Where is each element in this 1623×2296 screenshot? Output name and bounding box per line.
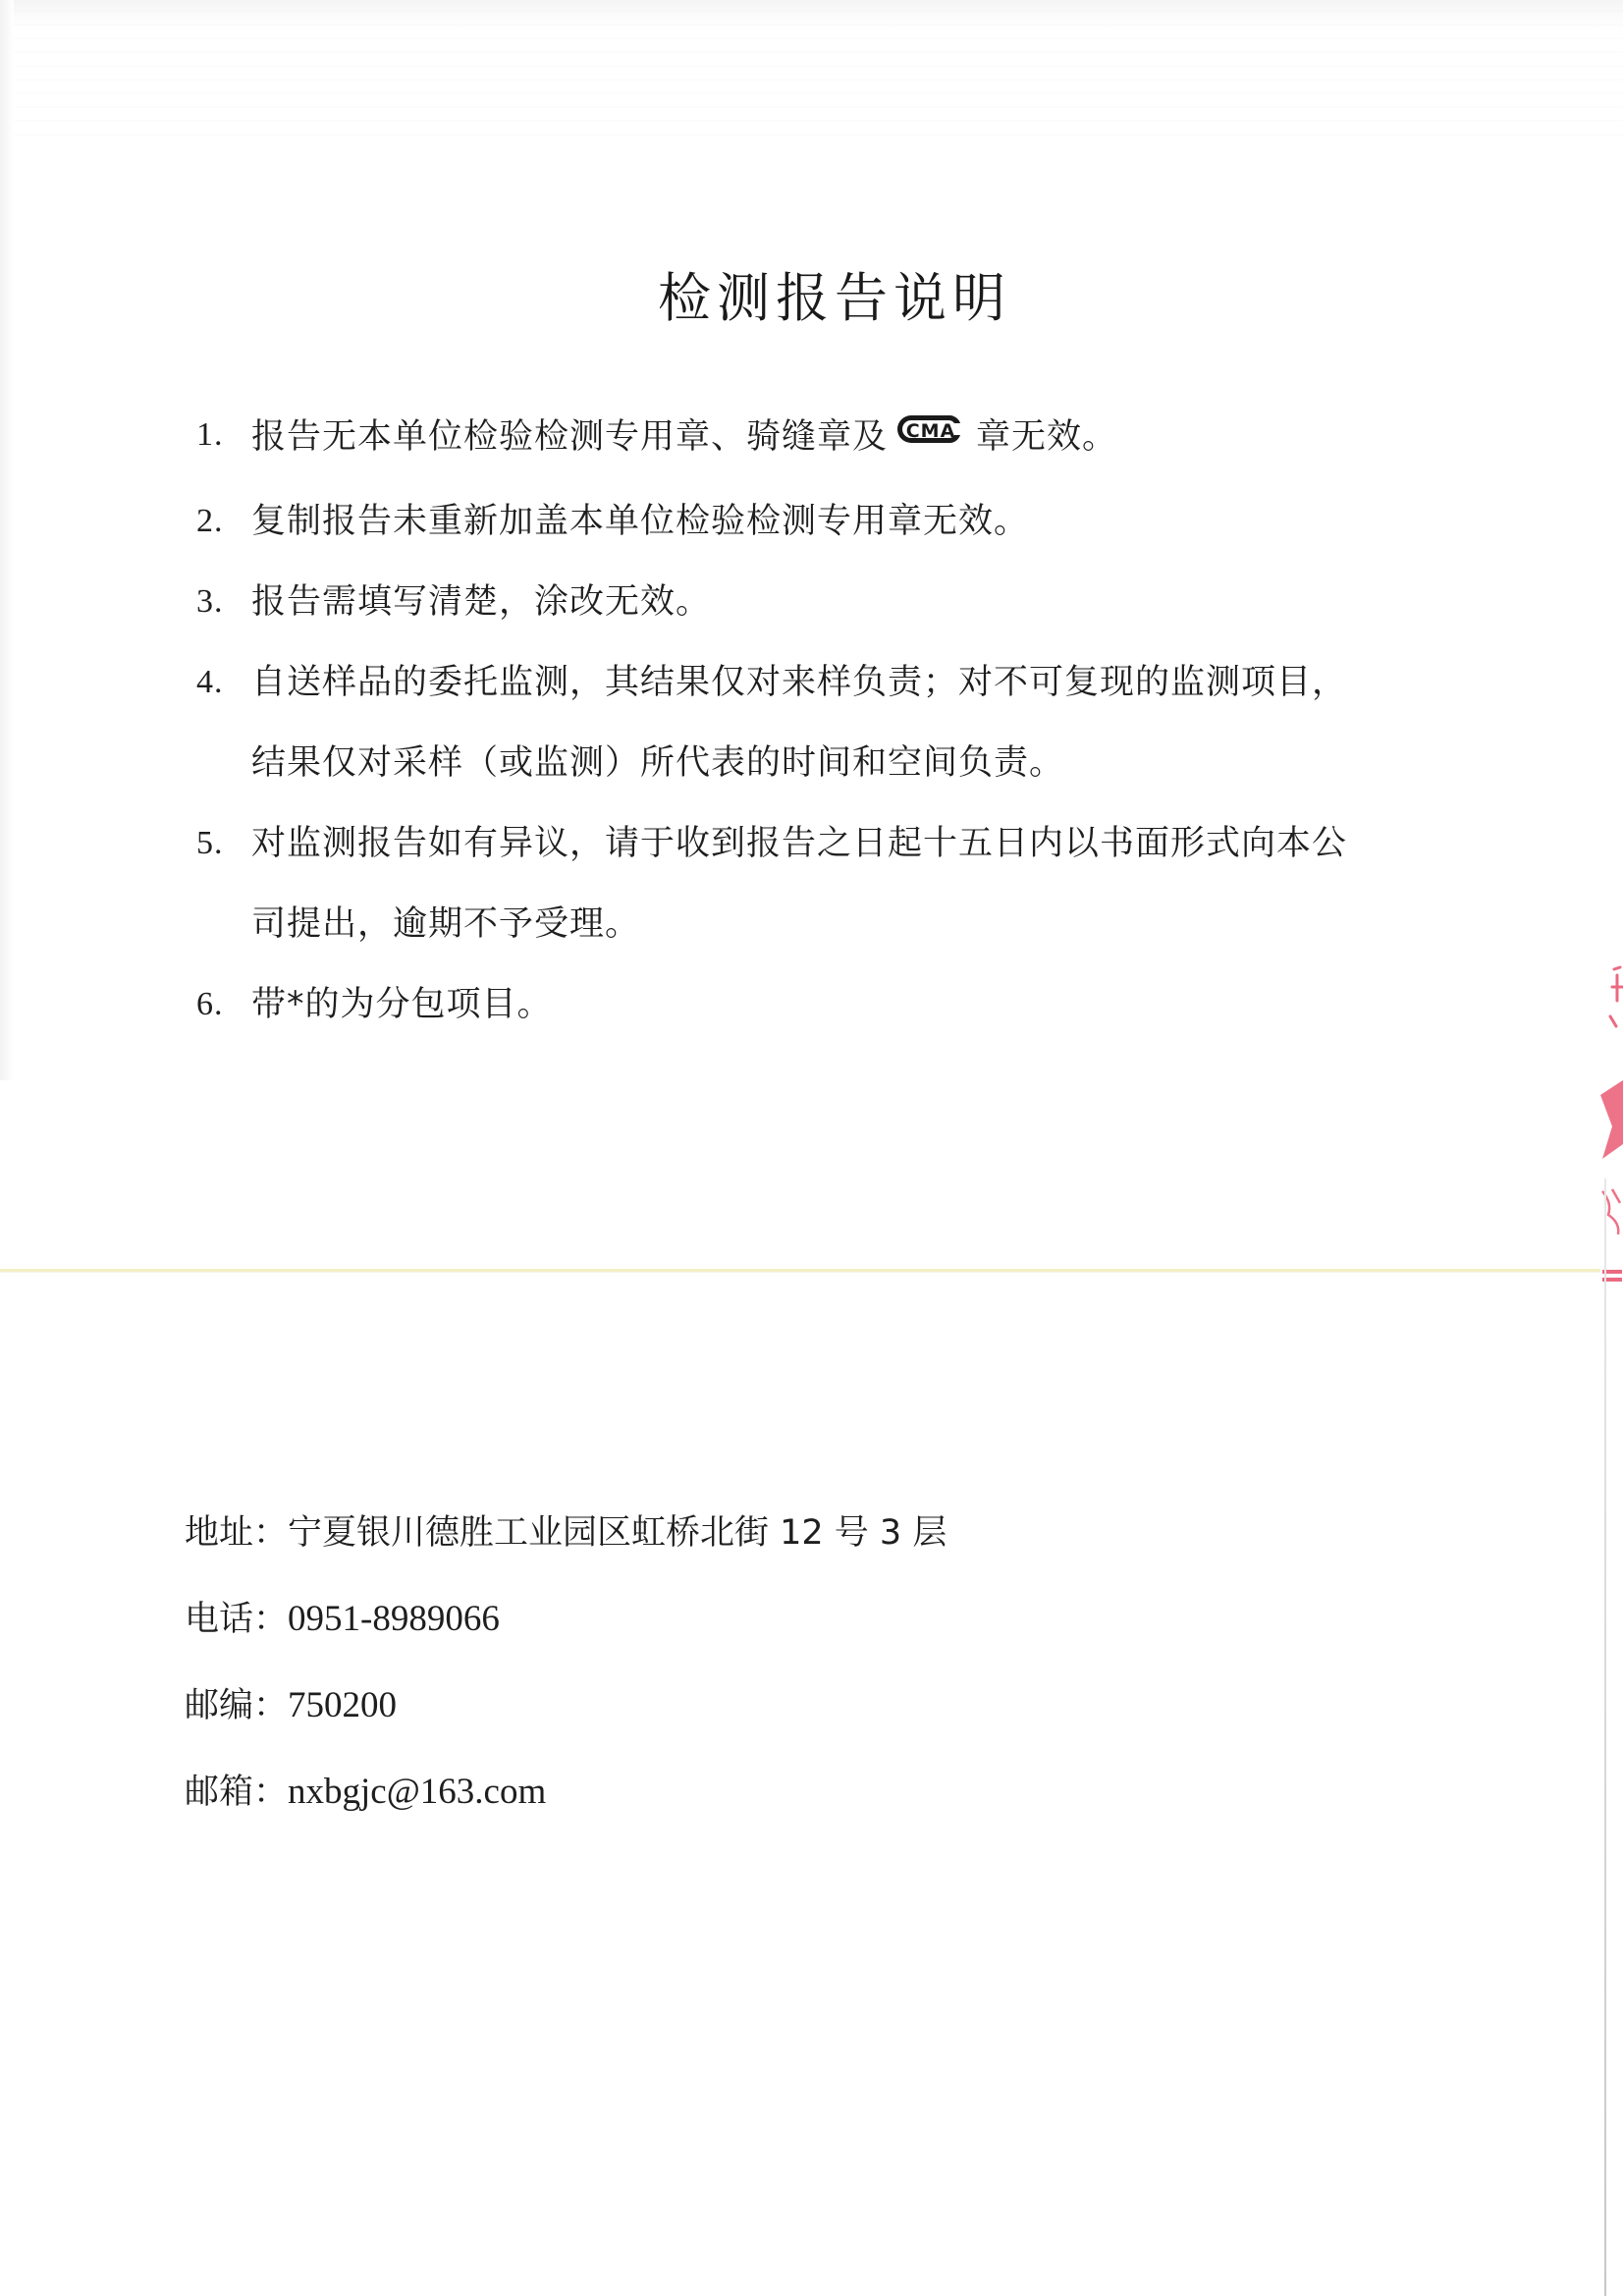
note-item-2: 2. 复制报告未重新加盖本单位检验检测专用章无效。: [196, 481, 1473, 562]
note-item-1: 1. 报告无本单位检验检测专用章、骑缝章及 CMA 章无效。: [196, 395, 1473, 481]
phone-label: 电话：: [185, 1600, 288, 1639]
contact-address: 地址：宁夏银川德胜工业园区虹桥北街 12 号 3 层: [185, 1490, 1166, 1576]
note-item-4: 4. 自送样品的委托监测，其结果仅对来样负责；对不可复现的监测项目， 结果仅对采…: [196, 642, 1473, 803]
email-label: 邮箱：: [185, 1773, 288, 1812]
notes-list: 1. 报告无本单位检验检测专用章、骑缝章及 CMA 章无效。 2. 复制报告未重…: [196, 395, 1473, 1045]
scan-bleedthrough: [0, 10, 1623, 147]
address-label: 地址：: [185, 1513, 288, 1553]
page-right-edge: [1604, 1178, 1606, 2296]
note-text: 带*的为分包项目。: [251, 985, 553, 1024]
note-text: 报告需填写清楚，涂改无效。: [251, 582, 711, 622]
note-item-5: 5. 对监测报告如有异议，请于收到报告之日起十五日内以书面形式向本公 司提出，逾…: [196, 803, 1473, 964]
note-text: 自送样品的委托监测，其结果仅对来样负责；对不可复现的监测项目，: [251, 642, 1473, 723]
address-value: 宁夏银川德胜工业园区虹桥北街 12 号 3 层: [288, 1513, 947, 1553]
note-number: 2.: [196, 481, 224, 562]
note-number: 3.: [196, 562, 224, 642]
note-text-continuation: 结果仅对采样（或监测）所代表的时间和空间负责。: [251, 723, 1473, 803]
postcode-label: 邮编：: [185, 1686, 288, 1725]
email-value: nxbgjc@163.com: [288, 1772, 546, 1812]
note-text: 对监测报告如有异议，请于收到报告之日起十五日内以书面形式向本公: [251, 803, 1473, 884]
note-number: 6.: [196, 964, 224, 1045]
note-number: 4.: [196, 642, 224, 723]
phone-value: 0951-8989066: [288, 1599, 500, 1639]
scan-left-edge: [0, 0, 14, 1080]
note-text: 复制报告未重新加盖本单位检验检测专用章无效。: [251, 502, 1029, 541]
note-number: 1.: [196, 395, 224, 475]
page-title: 检测报告说明: [0, 256, 1623, 332]
contact-email: 邮箱：nxbgjc@163.com: [185, 1749, 1166, 1835]
note-text-continuation: 司提出，逾期不予受理。: [251, 884, 1473, 964]
note-text-tail: 章无效。: [976, 417, 1117, 457]
note-item-3: 3. 报告需填写清楚，涂改无效。: [196, 562, 1473, 642]
contact-block: 地址：宁夏银川德胜工业园区虹桥北街 12 号 3 层 电话：0951-89890…: [185, 1490, 1166, 1835]
page-fold-line: [0, 1269, 1600, 1273]
contact-postcode: 邮编：750200: [185, 1663, 1166, 1749]
svg-text:CMA: CMA: [906, 420, 956, 442]
note-item-6: 6. 带*的为分包项目。: [196, 964, 1473, 1045]
postcode-value: 750200: [288, 1685, 397, 1725]
cma-certification-icon: CMA: [897, 395, 962, 475]
red-seam-seal-fragment: [1591, 957, 1623, 1291]
note-text: 报告无本单位检验检测专用章、骑缝章及: [251, 417, 888, 457]
contact-phone: 电话：0951-8989066: [185, 1576, 1166, 1663]
note-number: 5.: [196, 803, 224, 884]
